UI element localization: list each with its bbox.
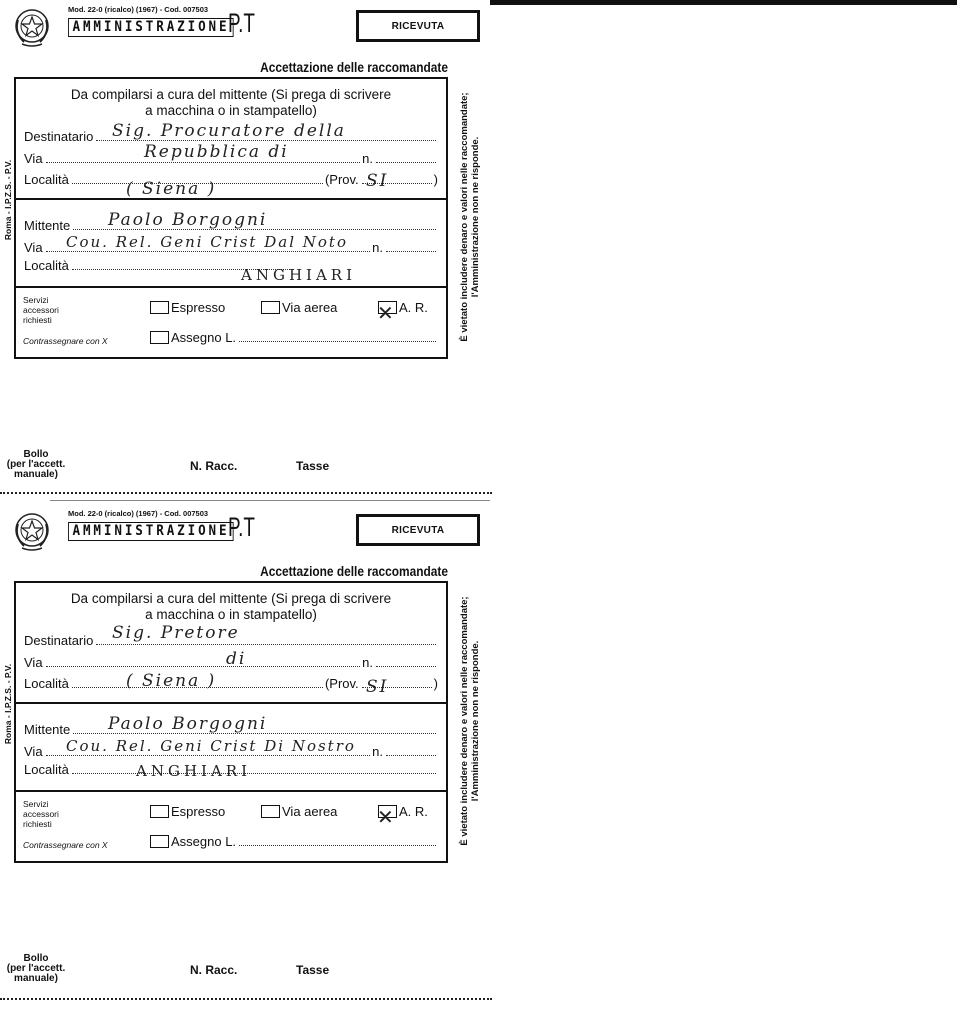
mark-hint: Contrassegnare con X bbox=[23, 840, 108, 850]
n-racc-label: N. Racc. bbox=[190, 459, 237, 473]
checkbox-espresso[interactable]: Espresso bbox=[150, 804, 225, 819]
receipt-form-1: Mod. 22-0 (ricalco) (1967) - Cod. 007503… bbox=[0, 0, 500, 500]
form-title: Accettazione delle raccomandate bbox=[260, 563, 448, 579]
n-racc-label: N. Racc. bbox=[190, 963, 237, 977]
street-label: Via bbox=[24, 744, 43, 759]
checkbox-assegno[interactable]: Assegno L. bbox=[150, 330, 438, 345]
checkbox-box[interactable] bbox=[150, 835, 169, 848]
street-label: Via bbox=[24, 240, 43, 255]
right-margin-warning: È vietato includere denaro e valori nell… bbox=[452, 576, 488, 866]
recipient-label: Destinatario bbox=[24, 633, 93, 648]
checkbox-via-aerea[interactable]: Via aerea bbox=[261, 300, 337, 315]
sender-section: Mittente Paolo Borgogni Via n. Cou. Rel.… bbox=[16, 198, 446, 290]
warning-line-1: È vietato includere denaro e valori nell… bbox=[459, 92, 470, 341]
street-label: Via bbox=[24, 151, 43, 166]
number-label: n. bbox=[362, 655, 373, 670]
checkbox-box[interactable] bbox=[261, 301, 280, 314]
services-label: Servizi accessori richiesti bbox=[23, 295, 59, 325]
recipient-province-handwritten: SI bbox=[366, 677, 388, 697]
instructions-line-2: a macchina o in stampatello) bbox=[16, 607, 446, 623]
checkbox-box[interactable] bbox=[150, 331, 169, 344]
sender-handwritten: Paolo Borgogni bbox=[108, 714, 267, 734]
sender-street-handwritten: Cou. Rel. Geni Crist Di Nostro bbox=[66, 737, 356, 755]
sender-label: Mittente bbox=[24, 722, 70, 737]
checkbox-box[interactable] bbox=[150, 301, 169, 314]
services-label: Servizi accessori richiesti bbox=[23, 799, 59, 829]
instructions-line-1: Da compilarsi a cura del mittente (Si pr… bbox=[16, 87, 446, 103]
recipient-street-handwritten: Repubblica di bbox=[144, 142, 289, 162]
number-label: n. bbox=[362, 151, 373, 166]
locality-label: Località bbox=[24, 258, 69, 273]
instructions-line-2: a macchina o in stampatello) bbox=[16, 103, 446, 119]
right-margin-text: È vietato includere denaro e valori nell… bbox=[459, 92, 481, 341]
ar-label: A. R. bbox=[399, 300, 428, 315]
left-margin-print: Roma - I.P.Z.S. - P.V. bbox=[1, 160, 15, 240]
province-close: ) bbox=[434, 676, 438, 691]
checkbox-espresso[interactable]: Espresso bbox=[150, 300, 225, 315]
recipient-label: Destinatario bbox=[24, 129, 93, 144]
tasse-label: Tasse bbox=[296, 963, 329, 977]
model-code: Mod. 22-0 (ricalco) (1967) - Cod. 007503 bbox=[68, 5, 208, 14]
services-section: Servizi accessori richiesti Contrassegna… bbox=[16, 790, 446, 865]
ar-label: A. R. bbox=[399, 804, 428, 819]
via-aerea-label: Via aerea bbox=[282, 300, 337, 315]
receipt-label: RICEVUTA bbox=[356, 10, 480, 42]
mark-hint: Contrassegnare con X bbox=[23, 336, 108, 346]
sender-section: Mittente Paolo Borgogni Via n. Cou. Rel.… bbox=[16, 702, 446, 794]
italian-emblem-icon bbox=[12, 6, 52, 48]
services-label-1: Servizi bbox=[23, 799, 59, 809]
left-margin-text: Roma - I.P.Z.S. - P.V. bbox=[3, 160, 13, 240]
assegno-label: Assegno L. bbox=[171, 834, 236, 849]
bollo-sub-2: manuale) bbox=[6, 470, 66, 480]
street-label: Via bbox=[24, 655, 43, 670]
province-close: ) bbox=[434, 172, 438, 187]
services-section: Servizi accessori richiesti Contrassegna… bbox=[16, 286, 446, 361]
services-label-1: Servizi bbox=[23, 295, 59, 305]
administration-label: AMMINISTRAZIONE bbox=[68, 522, 234, 541]
recipient-handwritten: Sig. Procuratore della bbox=[112, 121, 346, 141]
checkbox-box-checked[interactable]: ✕ bbox=[378, 805, 397, 818]
locality-label: Località bbox=[24, 762, 69, 777]
number-label: n. bbox=[372, 744, 383, 759]
x-mark-icon: ✕ bbox=[377, 306, 394, 320]
checkbox-ar[interactable]: ✕A. R. bbox=[378, 300, 428, 315]
left-margin-text: Roma - I.P.Z.S. - P.V. bbox=[3, 664, 13, 744]
services-label-2: accessori bbox=[23, 305, 59, 315]
checkbox-ar[interactable]: ✕A. R. bbox=[378, 804, 428, 819]
sender-locality-handwritten: ANGHIARI bbox=[136, 762, 251, 780]
administration-label: AMMINISTRAZIONE bbox=[68, 18, 234, 37]
form-box: Da compilarsi a cura del mittente (Si pr… bbox=[14, 77, 448, 359]
italian-emblem-icon bbox=[12, 510, 52, 552]
checkbox-box[interactable] bbox=[150, 805, 169, 818]
warning-line-2: l'Amministrazione non ne risponde. bbox=[470, 92, 481, 341]
recipient-locality-handwritten: ( Siena ) bbox=[126, 179, 216, 199]
separator-line bbox=[50, 500, 490, 501]
checkbox-box[interactable] bbox=[261, 805, 280, 818]
recipient-locality-handwritten: ( Siena ) bbox=[126, 671, 216, 691]
warning-line-1: È vietato includere denaro e valori nell… bbox=[459, 596, 470, 845]
instructions: Da compilarsi a cura del mittente (Si pr… bbox=[16, 591, 446, 623]
bollo-label: Bollo (per l'accett. manuale) bbox=[6, 450, 66, 480]
sender-label: Mittente bbox=[24, 218, 70, 233]
x-mark-icon: ✕ bbox=[377, 810, 394, 824]
pt-logo: P.T bbox=[228, 10, 255, 37]
receipt-form-2: Mod. 22-0 (ricalco) (1967) - Cod. 007503… bbox=[0, 504, 500, 1004]
form-box: Da compilarsi a cura del mittente (Si pr… bbox=[14, 581, 448, 863]
services-label-3: richiesti bbox=[23, 315, 59, 325]
model-code: Mod. 22-0 (ricalco) (1967) - Cod. 007503 bbox=[68, 509, 208, 518]
checkbox-box-checked[interactable]: ✕ bbox=[378, 301, 397, 314]
number-label: n. bbox=[372, 240, 383, 255]
perforation-line bbox=[0, 492, 492, 494]
via-aerea-label: Via aerea bbox=[282, 804, 337, 819]
scan-edge-bar bbox=[490, 0, 957, 5]
espresso-label: Espresso bbox=[171, 804, 225, 819]
province-label: (Prov. bbox=[325, 172, 359, 187]
perforation-line bbox=[0, 998, 492, 1000]
form-title: Accettazione delle raccomandate bbox=[260, 59, 448, 75]
services-label-3: richiesti bbox=[23, 819, 59, 829]
checkbox-assegno[interactable]: Assegno L. bbox=[150, 834, 438, 849]
sender-street-handwritten: Cou. Rel. Geni Crist Dal Noto bbox=[66, 233, 348, 251]
espresso-label: Espresso bbox=[171, 300, 225, 315]
right-margin-text: È vietato includere denaro e valori nell… bbox=[459, 596, 481, 845]
pt-logo: P.T bbox=[228, 514, 255, 541]
province-label: (Prov. bbox=[325, 676, 359, 691]
instructions: Da compilarsi a cura del mittente (Si pr… bbox=[16, 87, 446, 119]
left-margin-print: Roma - I.P.Z.S. - P.V. bbox=[1, 664, 15, 744]
tasse-label: Tasse bbox=[296, 459, 329, 473]
receipt-label: RICEVUTA bbox=[356, 514, 480, 546]
warning-line-2: l'Amministrazione non ne risponde. bbox=[470, 596, 481, 845]
sender-locality-handwritten: ANGHIARI bbox=[241, 266, 356, 284]
recipient-province-handwritten: SI bbox=[366, 171, 388, 191]
instructions-line-1: Da compilarsi a cura del mittente (Si pr… bbox=[16, 591, 446, 607]
right-margin-warning: È vietato includere denaro e valori nell… bbox=[452, 72, 488, 362]
bollo-sub-2: manuale) bbox=[6, 974, 66, 984]
assegno-label: Assegno L. bbox=[171, 330, 236, 345]
sender-handwritten: Paolo Borgogni bbox=[108, 210, 267, 230]
recipient-handwritten: Sig. Pretore bbox=[112, 623, 240, 643]
recipient-street-handwritten: di bbox=[226, 649, 246, 669]
locality-label: Località bbox=[24, 676, 69, 691]
checkbox-via-aerea[interactable]: Via aerea bbox=[261, 804, 337, 819]
bollo-label: Bollo (per l'accett. manuale) bbox=[6, 954, 66, 984]
services-label-2: accessori bbox=[23, 809, 59, 819]
locality-label: Località bbox=[24, 172, 69, 187]
